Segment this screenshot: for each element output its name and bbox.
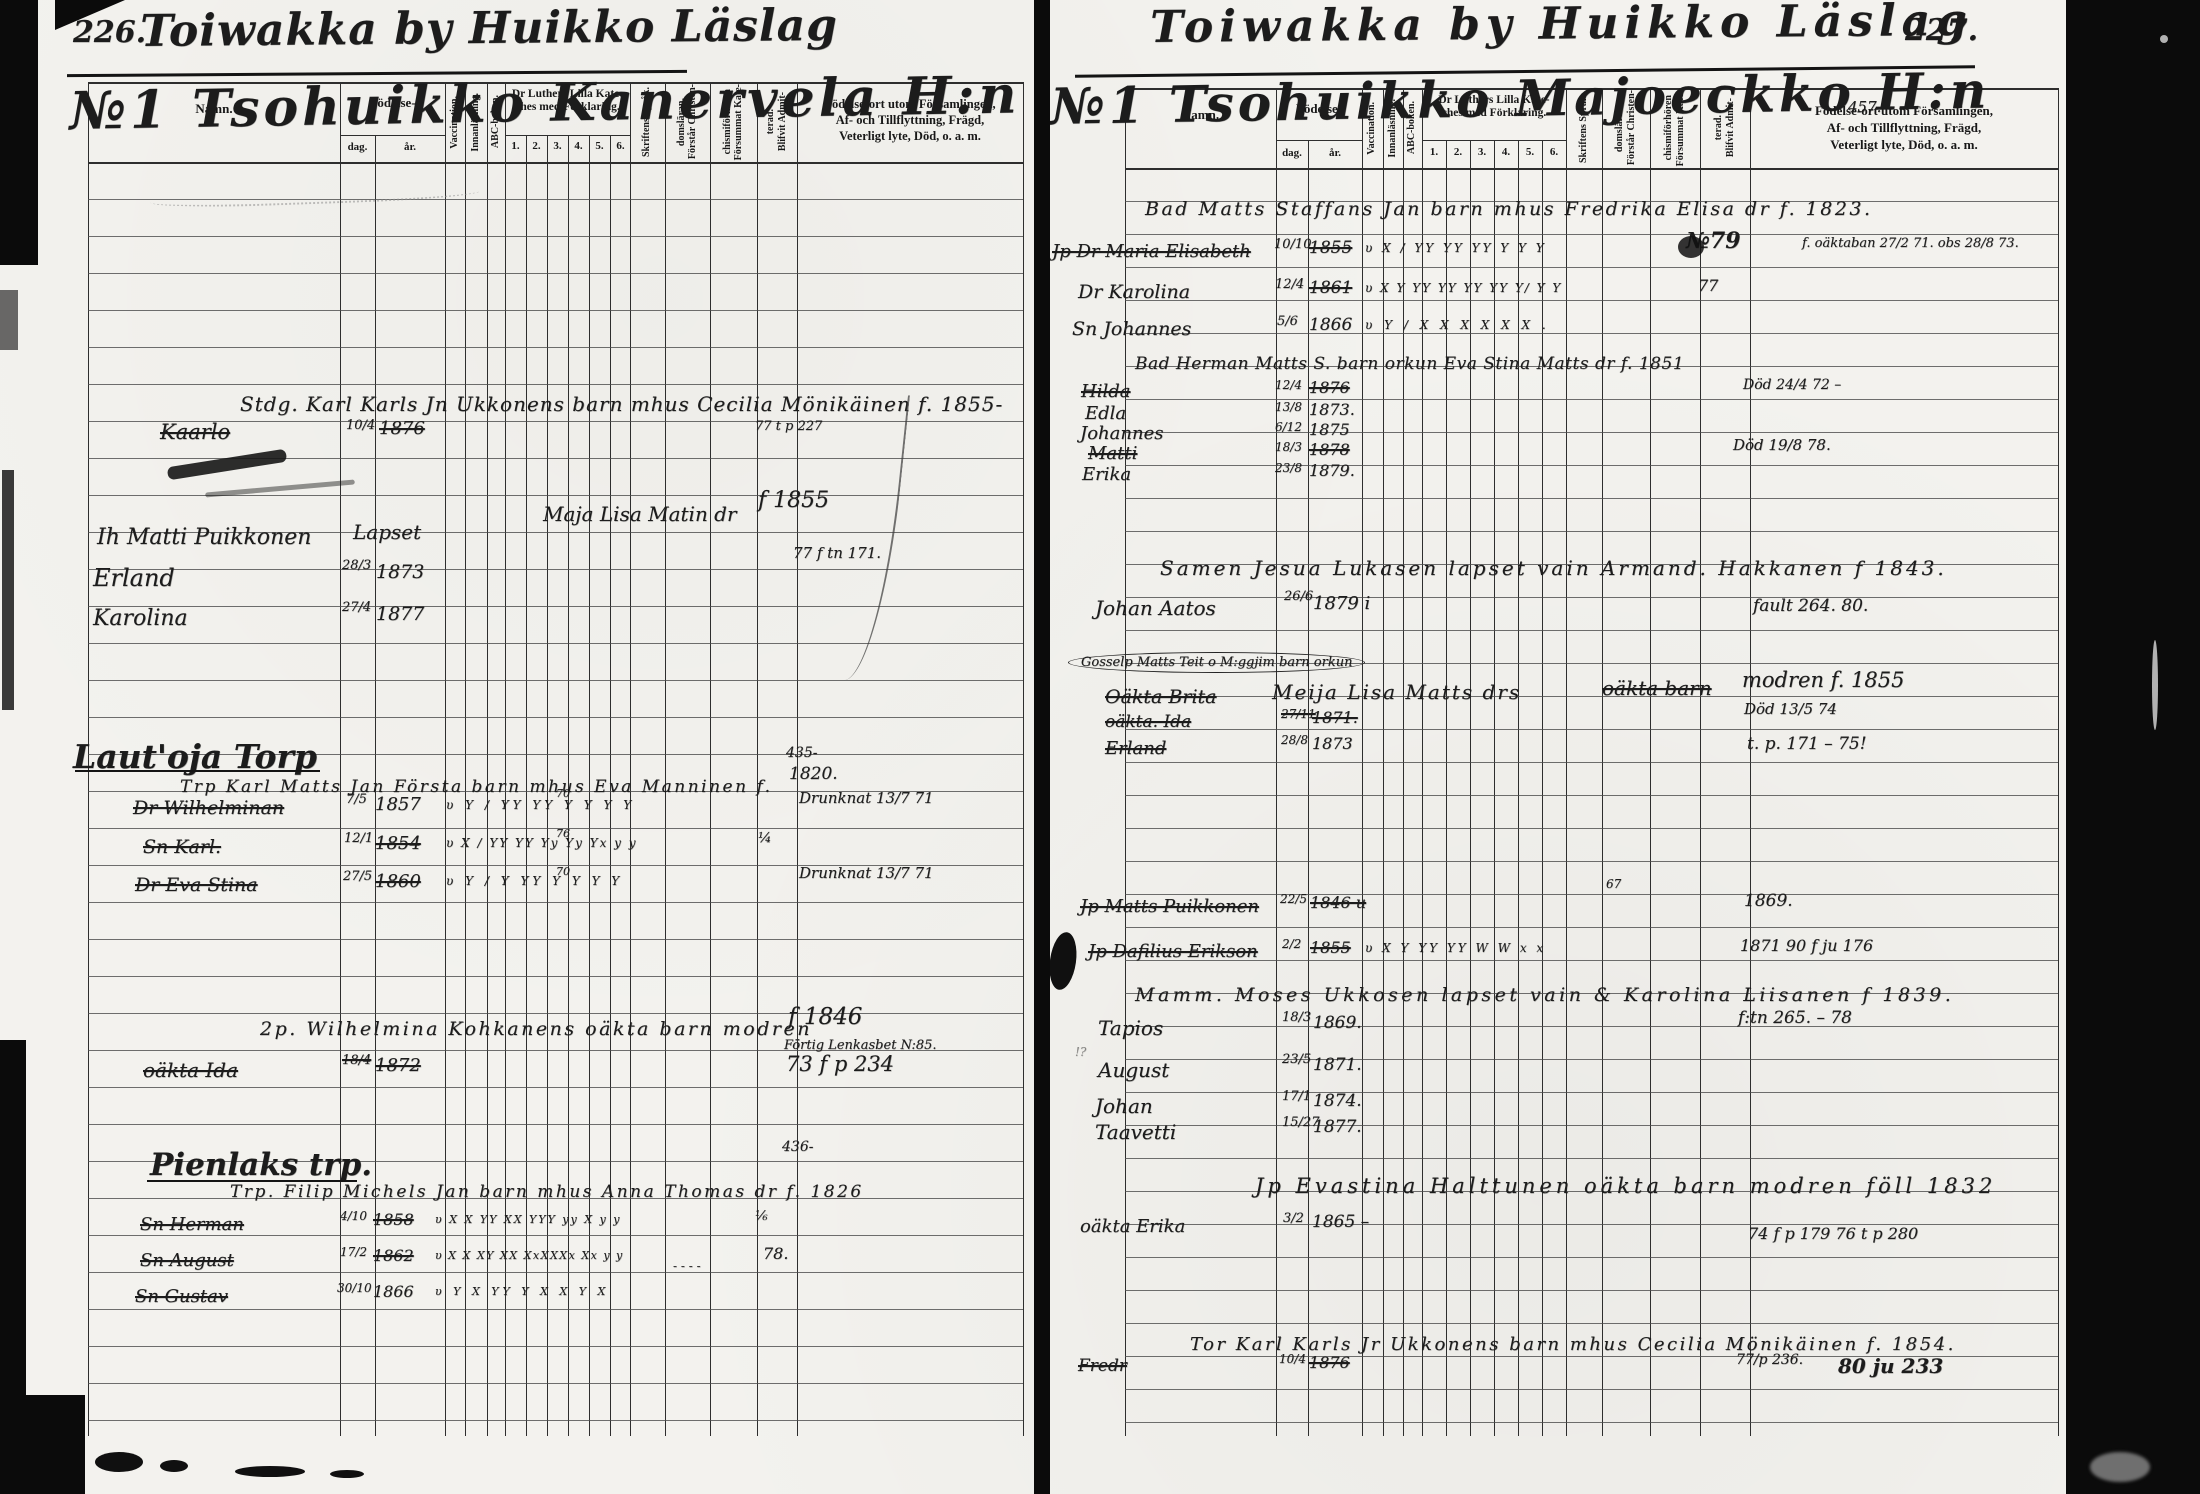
catechism-subcol-1: 1. xyxy=(1422,146,1446,158)
ruled-line xyxy=(88,1235,1023,1236)
family-note: Samen Jesua Lukasen lapset vain Armand. … xyxy=(1160,558,1947,578)
ruled-line xyxy=(1125,894,2058,895)
birth-day: 23/5 xyxy=(1282,1053,1311,1066)
ruled-line xyxy=(1125,234,2058,235)
ruled-line xyxy=(1125,861,2058,862)
ruled-line xyxy=(1125,795,2058,796)
scan-speck xyxy=(2160,35,2168,43)
ruled-line xyxy=(1125,1092,2058,1093)
record-note: 1820. xyxy=(789,766,838,783)
ruled-line xyxy=(88,717,1023,718)
grid-line xyxy=(88,162,1023,164)
reading-marks: υ X Y YY YY YY YY Y/ Y Y xyxy=(1365,282,1562,294)
record-note: 77 t p 227 xyxy=(755,420,822,433)
resident-name: Johannes xyxy=(1080,425,1163,443)
resident-name: Hilda xyxy=(1081,383,1130,401)
ink-blot xyxy=(160,1460,188,1472)
reading-marks: υ X / YY YY Yy Yy Yx y y xyxy=(446,837,638,849)
record-note: 436- xyxy=(782,1140,813,1154)
resident-name: oäkta Ida xyxy=(143,1060,238,1080)
resident-name: Dr Karolina xyxy=(1078,283,1190,302)
reading-marks: υ X X YY XX YYY yy X y y xyxy=(435,1214,621,1225)
ruled-line xyxy=(88,1087,1023,1088)
ruled-line xyxy=(88,236,1023,237)
resident-name: Dr Eva Stina xyxy=(135,876,258,895)
birth-day: 13/8 xyxy=(1275,401,1302,413)
record-note: 73 f p 234 xyxy=(786,1054,894,1075)
ruled-line xyxy=(1125,432,2058,433)
birth-year: 1866 xyxy=(1309,317,1352,334)
birth-day: 7/5 xyxy=(346,793,367,806)
ruled-line xyxy=(1125,333,2058,334)
attendance-year: 78. xyxy=(763,1246,788,1262)
resident-name: Kaarlo xyxy=(160,422,230,443)
birth-day: 22/5 xyxy=(1280,893,1307,905)
birth-day: 10/10 xyxy=(1274,238,1311,251)
resident-name: Sn Gustav xyxy=(135,1288,228,1306)
page-title: Toiwakka by Huikko Läslag xyxy=(1150,0,1973,50)
attendance-year: 76 xyxy=(556,828,570,839)
margin-note: !? xyxy=(1075,1046,1086,1058)
resident-name: Fredr xyxy=(1078,1358,1127,1375)
reading-marks: υ Y / Y YY Y Y Y Y xyxy=(446,875,623,887)
village-heading: Pienlaks trp. xyxy=(150,1150,372,1181)
birth-year: 1877 xyxy=(376,605,424,624)
village-heading-underline xyxy=(75,770,320,772)
ruled-line xyxy=(1125,465,2058,466)
attendance-year: 70 xyxy=(556,788,570,799)
record-note: f. oäktaban 27/2 71. obs 28/8 73. xyxy=(1802,237,2019,250)
birth-day: 17/1 xyxy=(1282,1090,1311,1103)
attendance-mark: ⅙ xyxy=(755,1210,768,1223)
ruled-line xyxy=(88,680,1023,681)
catechism-subcol-5: 5. xyxy=(1518,146,1542,158)
reading-marks: υ Y X YY Y X X Y X xyxy=(435,1286,609,1297)
birth-day: 12/4 xyxy=(1275,278,1304,291)
birth-year: 1876 xyxy=(379,420,425,438)
birth-day: 27/4 xyxy=(342,601,371,614)
resident-name: Erika xyxy=(1082,466,1131,484)
birth-year: 1879. xyxy=(1309,463,1355,479)
family-note: Mamm. Moses Ukkosen lapset vain & Karoli… xyxy=(1135,986,1954,1005)
family-note: f 1855 xyxy=(758,490,829,512)
grid-line xyxy=(505,135,630,136)
birth-day: 18/3 xyxy=(1282,1011,1311,1024)
catechism-subcol-6: 6. xyxy=(610,140,631,152)
family-note: Meija Lisa Matts drs xyxy=(1272,682,1521,702)
birth-year: 1876 xyxy=(1309,1355,1350,1371)
birth-year: 1871. xyxy=(1312,710,1358,726)
ruled-line xyxy=(88,1420,1023,1421)
ruled-line xyxy=(1125,762,2058,763)
record-note: Förtig Lenkasbet N:85. xyxy=(784,1039,937,1052)
birth-year: 1873. xyxy=(1309,402,1355,418)
birth-year: 1854 xyxy=(375,835,421,853)
scan-scratch xyxy=(2152,640,2158,730)
birth-day: 2/2 xyxy=(1282,938,1301,950)
birth-year: 1871. xyxy=(1313,1057,1362,1074)
birth-day: 23/8 xyxy=(1275,462,1302,474)
column-header-birth-day: dag. xyxy=(340,141,375,153)
ruled-line xyxy=(1125,531,2058,532)
family-note: Trp. Filip Michels Jan barn mhus Anna Th… xyxy=(230,1184,864,1201)
page-left: Namn. Födelse- dag. år. Vaccination. Inn… xyxy=(55,0,1040,1494)
ruled-line xyxy=(1125,1323,2058,1324)
birth-day: 10/4 xyxy=(346,419,375,432)
ink-blot xyxy=(95,1452,143,1472)
village-heading-underline xyxy=(147,1180,357,1182)
ruled-line xyxy=(1125,1125,2058,1126)
ruled-line xyxy=(88,1383,1023,1384)
ruled-line xyxy=(1125,1389,2058,1390)
ruled-line xyxy=(88,976,1023,977)
grid-line xyxy=(710,82,711,1436)
family-note: Bad Matts Staffans Jan barn mhus Fredrik… xyxy=(1145,200,1873,219)
scan-margin-black xyxy=(0,0,38,265)
ink-blot xyxy=(1046,930,1080,991)
birth-day: 6/12 xyxy=(1275,421,1302,433)
ruled-line xyxy=(88,1124,1023,1125)
resident-name: Sn Karl. xyxy=(143,838,221,857)
resident-name: Edla xyxy=(1085,405,1126,423)
birth-day: 30/10 xyxy=(337,1282,372,1294)
paper-crease xyxy=(828,390,910,684)
birth-year: 1862 xyxy=(373,1248,414,1264)
birth-day: 12/1 xyxy=(344,832,373,845)
resident-name: August xyxy=(1098,1060,1169,1080)
ruled-line xyxy=(1125,300,2058,301)
ruled-line xyxy=(1125,498,2058,499)
page-number: 226. xyxy=(73,18,146,48)
resident-name: oäkta Erika xyxy=(1080,1218,1185,1236)
birth-year: 1858 xyxy=(373,1212,414,1228)
catechism-subcol-4: 4. xyxy=(1494,146,1518,158)
record-note: 1871 90 f ju 176 xyxy=(1740,938,1873,954)
ink-blot xyxy=(235,1466,305,1477)
grid-line xyxy=(1125,168,2058,170)
record-note: Död 24/4 72 – xyxy=(1743,378,1841,392)
record-note: Drunknat 13/7 71 xyxy=(799,791,934,806)
birth-year: 1857 xyxy=(375,796,421,814)
ruled-line xyxy=(1125,267,2058,268)
reading-marks: υ X Y YY YY W W x x xyxy=(1365,942,1546,954)
resident-name: Sn August xyxy=(140,1252,234,1270)
catechism-subcol-5: 5. xyxy=(589,140,610,152)
grid-line xyxy=(757,82,758,1436)
resident-name: Jp Dr Maria Elisabeth xyxy=(1052,243,1251,261)
resident-name: Sn Johannes xyxy=(1072,320,1191,339)
catechism-subcol-6: 6. xyxy=(1542,146,1566,158)
record-note: Drunknat 13/7 71 xyxy=(799,866,934,881)
family-note: Maja Lisa Matin dr xyxy=(543,504,737,524)
attendance-year: 67 xyxy=(1606,878,1621,890)
birth-day: 4/10 xyxy=(340,1210,367,1222)
birth-year: 1878 xyxy=(1309,442,1350,458)
page-gutter xyxy=(1034,0,1050,1494)
ruled-line xyxy=(1125,1290,2058,1291)
birth-year: 1876 xyxy=(1309,380,1350,396)
ruled-line xyxy=(88,1013,1023,1014)
family-note: Trp Karl Matts Jan Första barn mhus Eva … xyxy=(180,779,773,796)
faint-scribble xyxy=(150,180,480,210)
page-title: Toiwakka by Huikko Läslag xyxy=(140,4,838,54)
birth-year: 1855 xyxy=(1309,240,1352,257)
birth-day: 12/4 xyxy=(1275,379,1302,391)
reading-marks: υ Y / X X X X X X . xyxy=(1365,319,1550,331)
ruled-line xyxy=(1125,399,2058,400)
birth-year: 1860 xyxy=(375,873,421,891)
family-note: Jp Evastina Halttunen oäkta barn modren … xyxy=(1255,1176,1996,1197)
grid-line xyxy=(1023,82,1024,1436)
reading-marks: υ X / YY YY YY Y Y Y xyxy=(1365,242,1547,254)
resident-name: Ih Matti Puikkonen xyxy=(97,527,311,549)
scan-margin-black xyxy=(0,1395,85,1494)
ruled-line xyxy=(1125,1059,2058,1060)
birth-year: 1865 – xyxy=(1312,1214,1369,1231)
resident-name: oäkta. Ida xyxy=(1105,714,1191,731)
record-note: f:tn 265. – 78 xyxy=(1738,1010,1852,1027)
ruled-line xyxy=(1125,1158,2058,1159)
birth-day: 26/6 xyxy=(1284,590,1313,603)
family-note: Gosselp Matts Teit o M:ggjim barn orkun xyxy=(1068,652,1365,673)
record-note: 1869. xyxy=(1744,893,1793,910)
record-note: 77/p 236. xyxy=(1736,1353,1803,1367)
record-note: t. p. 171 – 75! xyxy=(1747,736,1867,753)
household-heading: №1 Tsohuikko Kanervela H:n xyxy=(69,69,1021,138)
resident-name: Taavetti xyxy=(1095,1122,1176,1142)
scan-margin-black xyxy=(0,1040,26,1420)
resident-name: Dr Wilhelminan xyxy=(133,799,284,818)
record-note: Död 19/8 78. xyxy=(1733,438,1831,453)
birth-day: 18/3 xyxy=(1275,441,1302,453)
scan-margin-black xyxy=(0,290,18,350)
grid-line xyxy=(1494,140,1495,1436)
birth-year: 1872 xyxy=(375,1057,421,1075)
family-note: oäkta barn xyxy=(1602,678,1712,698)
ruled-line xyxy=(88,939,1023,940)
catechism-subcol-2: 2. xyxy=(1446,146,1470,158)
column-header-birth-day: dag. xyxy=(1276,147,1308,159)
record-note: - - - - xyxy=(673,1260,701,1272)
resident-name: Matti xyxy=(1088,445,1137,463)
birth-year: 1874. xyxy=(1313,1093,1362,1110)
record-note: fault 264. 80. xyxy=(1753,598,1868,615)
column-header-birth-year: år. xyxy=(1308,147,1362,159)
grid-line xyxy=(1542,140,1543,1436)
ink-smudge xyxy=(167,449,288,481)
birth-day: 5/6 xyxy=(1277,315,1298,328)
catechism-subcol-1: 1. xyxy=(505,140,526,152)
resident-name: Jp Matts Puikkonen xyxy=(1080,898,1259,916)
resident-name: Erland xyxy=(93,566,175,590)
ruled-line xyxy=(88,384,1023,385)
birth-year: 1877. xyxy=(1313,1119,1362,1136)
family-note: f 1846 xyxy=(788,1006,862,1029)
catechism-subcol-3: 3. xyxy=(1470,146,1494,158)
resident-name: Oäkta Brita xyxy=(1105,688,1217,707)
birth-day: 28/8 xyxy=(1281,734,1308,746)
ruled-line xyxy=(1125,597,2058,598)
ruled-line xyxy=(1125,828,2058,829)
record-note: Död 13/5 74 xyxy=(1744,702,1837,717)
birth-day: 28/3 xyxy=(342,559,371,572)
birth-year: 1846 u xyxy=(1310,895,1366,911)
scanned-parish-register-spread: Namn. Födelse- dag. år. Vaccination. Inn… xyxy=(0,0,2200,1494)
ruled-line xyxy=(1125,1422,2058,1423)
ruled-line xyxy=(1125,1026,2058,1027)
ruled-line xyxy=(88,273,1023,274)
record-note: 74 f p 179 76 t p 280 xyxy=(1748,1226,1918,1242)
village-heading: Laut'oja Torp xyxy=(73,740,317,773)
birth-year: 1873 xyxy=(376,563,424,582)
grid-line xyxy=(665,82,666,1436)
family-note: 2p. Wilhelmina Kohkanens oäkta barn modr… xyxy=(260,1020,812,1039)
grid-line xyxy=(1470,140,1471,1436)
scan-margin-black xyxy=(2,470,14,710)
grid-line xyxy=(487,82,488,1436)
resident-name: Sn Herman xyxy=(140,1216,244,1234)
ruled-line xyxy=(1125,960,2058,961)
family-note: Bad Herman Matts S. barn orkun Eva Stina… xyxy=(1135,356,1684,373)
ink-blot xyxy=(330,1470,364,1478)
ruled-line xyxy=(88,902,1023,903)
birth-day: 10/4 xyxy=(1279,1353,1306,1365)
ruled-line xyxy=(88,1346,1023,1347)
reading-marks: υ X X XY XX XxXXXx Xx y y xyxy=(435,1250,624,1261)
ruled-line xyxy=(88,1309,1023,1310)
birth-year: 1873 xyxy=(1312,736,1353,752)
ruled-line xyxy=(1125,696,2058,697)
family-note: Lapset xyxy=(353,522,421,542)
catechism-subcol-4: 4. xyxy=(568,140,589,152)
resident-name: Erland xyxy=(1105,740,1166,758)
column-header-birth-year: år. xyxy=(375,141,445,153)
grid-line xyxy=(1446,140,1447,1436)
record-note: 435- xyxy=(786,746,817,760)
family-note: modren f. 1855 xyxy=(1742,670,1904,691)
ruled-line xyxy=(1125,630,2058,631)
birth-year: 1875 xyxy=(1309,422,1350,438)
grid-line xyxy=(445,82,446,1436)
grid-line xyxy=(2058,88,2059,1436)
grid-line xyxy=(340,82,341,1436)
birth-year: 1869. xyxy=(1313,1015,1362,1032)
page-right: Namn. Födelse- dag. år. Vaccination. Inn… xyxy=(1050,0,2065,1494)
grid-line xyxy=(505,82,506,1436)
birth-day: 27/11 xyxy=(1281,708,1316,720)
birth-day: 18/4 xyxy=(342,1054,371,1067)
grid-line xyxy=(1518,140,1519,1436)
resident-name: Johan xyxy=(1095,1096,1153,1116)
page-number: 227. xyxy=(1905,16,1978,46)
record-note: ¼ xyxy=(758,831,772,845)
ruled-line xyxy=(1125,1257,2058,1258)
attendance-year: 77 xyxy=(1698,278,1718,294)
birth-year: 1855 xyxy=(1310,940,1351,956)
ruled-line xyxy=(1125,729,2058,730)
ruled-line xyxy=(1125,927,2058,928)
ink-blot xyxy=(1678,236,1704,258)
grid-line xyxy=(465,82,466,1436)
attendance-year: 70 xyxy=(556,866,570,877)
ruled-line xyxy=(88,606,1023,607)
birth-day: 27/5 xyxy=(343,870,372,883)
record-note: 80 ju 233 xyxy=(1838,1356,1943,1376)
reading-marks: υ Y / YY YY Y Y Y Y xyxy=(446,799,635,811)
grid-line xyxy=(630,82,631,1436)
record-note: 457. xyxy=(1848,100,1881,115)
scan-smudge xyxy=(2090,1452,2150,1482)
birth-day: 3/2 xyxy=(1283,1212,1304,1225)
grid-line xyxy=(1422,140,1566,141)
birth-year: 1861 xyxy=(1309,280,1352,297)
ruled-line xyxy=(88,643,1023,644)
resident-name: Johan Aatos xyxy=(1095,598,1216,618)
ruled-line xyxy=(88,310,1023,311)
birth-year: 1866 xyxy=(373,1284,414,1300)
catechism-subcol-2: 2. xyxy=(526,140,547,152)
grid-line xyxy=(1276,140,1362,141)
catechism-subcol-3: 3. xyxy=(547,140,568,152)
scan-margin-black xyxy=(2066,0,2200,1494)
ruled-line xyxy=(88,347,1023,348)
ruled-line xyxy=(1125,1224,2058,1225)
ruled-line xyxy=(88,1272,1023,1273)
resident-name: Jp Dafilius Erikson xyxy=(1088,943,1258,961)
birth-year: 1879 i xyxy=(1313,595,1370,613)
birth-day: 17/2 xyxy=(340,1246,367,1258)
resident-name: Karolina xyxy=(93,608,188,630)
resident-name: Tapios xyxy=(1098,1018,1163,1038)
